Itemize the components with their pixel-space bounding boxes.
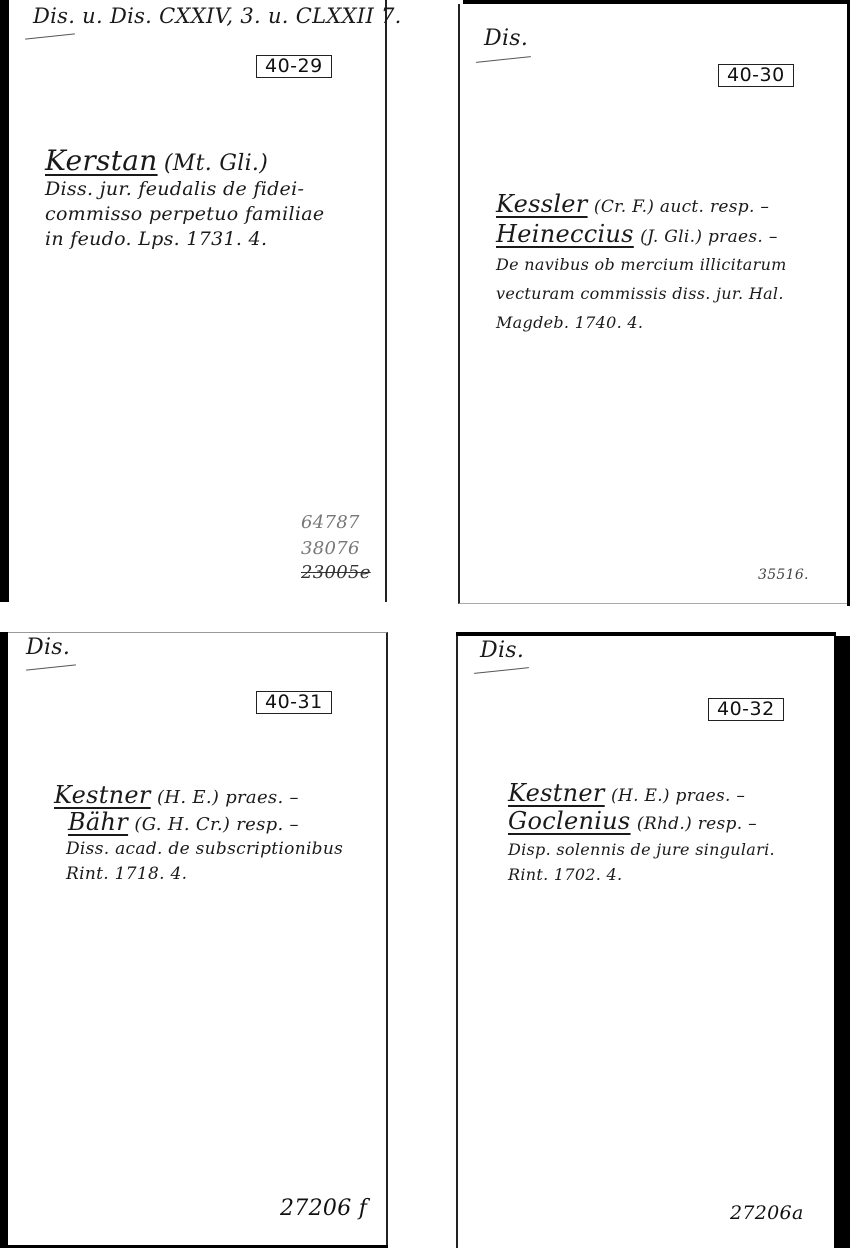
call-number: 40-30	[718, 64, 794, 87]
coauthor-line: Heineccius (J. Gli.) praes. –	[496, 222, 787, 250]
author-name: Kestner	[508, 779, 605, 807]
card-header-note: Dis. u. Dis. CXXIV, 3. u. CLXXII 7.	[33, 4, 402, 28]
entry-line: commisso perpetuo familiae	[45, 202, 324, 227]
author-name: Kerstan	[45, 144, 158, 177]
entry-line: Diss. acad. de subscriptionibus	[54, 837, 343, 862]
accession-number-struck: 23005e	[301, 562, 371, 583]
accession-number: 35516.	[758, 567, 809, 583]
entry-line: Diss. jur. feudalis de fidei-	[45, 177, 324, 202]
entry-line: in feudo. Lps. 1731. 4.	[45, 227, 324, 252]
accession-number: 27206 f	[280, 1196, 367, 1221]
entry-line: Rint. 1718. 4.	[54, 862, 343, 887]
author-line: Kerstan (Mt. Gli.)	[45, 148, 324, 177]
author-initials: (Cr. F.) auct. resp. –	[594, 197, 769, 217]
call-number: 40-29	[256, 55, 332, 78]
catalog-card-3: Dis. 40-31 Kestner (H. E.) praes. – Bähr…	[8, 632, 388, 1245]
accession-number: 38076	[301, 538, 360, 559]
header-underline	[476, 56, 531, 63]
call-number: 40-32	[708, 698, 784, 721]
entry-line: vecturam commissis diss. jur. Hal.	[496, 281, 787, 306]
catalog-entry: Kessler (Cr. F.) auct. resp. – Heinecciu…	[496, 192, 787, 335]
entry-line: Magdeb. 1740. 4.	[496, 310, 787, 335]
author-line: Kessler (Cr. F.) auct. resp. –	[496, 192, 787, 220]
header-underline	[474, 667, 529, 674]
header-underline	[26, 664, 76, 670]
scan-border-left-top	[0, 0, 9, 602]
scan-border-right-bottom	[834, 636, 850, 1248]
card-header-note: Dis.	[26, 635, 70, 660]
catalog-entry: Kestner (H. E.) praes. – Bähr (G. H. Cr.…	[54, 783, 343, 887]
catalog-entry: Kestner (H. E.) praes. – Goclenius (Rhd.…	[508, 781, 775, 887]
coauthor-name: Goclenius	[508, 807, 631, 835]
author-line: Kestner (H. E.) praes. –	[508, 781, 775, 809]
author-name: Kessler	[496, 190, 588, 218]
call-number: 40-31	[256, 691, 332, 714]
author-name: Kestner	[54, 781, 151, 809]
coauthor-initials: (Rhd.) resp. –	[637, 814, 757, 834]
entry-line: De navibus ob mercium illicitarum	[496, 252, 787, 277]
catalog-card-4: Dis. 40-32 Kestner (H. E.) praes. – Gocl…	[456, 636, 834, 1248]
scan-border-left-bottom	[0, 632, 8, 1248]
catalog-card-2: Dis. 40-30 Kessler (Cr. F.) auct. resp. …	[458, 4, 847, 604]
coauthor-initials: (J. Gli.) praes. –	[640, 227, 777, 247]
card-header-note: Dis.	[480, 638, 524, 663]
author-initials: (H. E.) praes. –	[157, 787, 299, 808]
author-line: Kestner (H. E.) praes. –	[54, 783, 343, 810]
accession-number: 27206a	[730, 1202, 804, 1224]
entry-line: Rint. 1702. 4.	[508, 862, 775, 887]
coauthor-line: Bähr (G. H. Cr.) resp. –	[54, 810, 343, 837]
accession-number: 64787	[301, 512, 360, 533]
header-underline	[25, 33, 75, 39]
coauthor-initials: (G. H. Cr.) resp. –	[134, 814, 298, 835]
catalog-card-1: Dis. u. Dis. CXXIV, 3. u. CLXXII 7. 40-2…	[9, 0, 387, 602]
coauthor-name: Heineccius	[496, 220, 634, 248]
catalog-entry: Kerstan (Mt. Gli.) Diss. jur. feudalis d…	[45, 148, 324, 252]
coauthor-name: Bähr	[68, 808, 128, 836]
author-initials: (H. E.) praes. –	[611, 786, 745, 806]
coauthor-line: Goclenius (Rhd.) resp. –	[508, 809, 775, 837]
author-initials: (Mt. Gli.)	[164, 151, 268, 176]
entry-line: Disp. solennis de jure singulari.	[508, 837, 775, 862]
card-header-note: Dis.	[484, 26, 528, 51]
